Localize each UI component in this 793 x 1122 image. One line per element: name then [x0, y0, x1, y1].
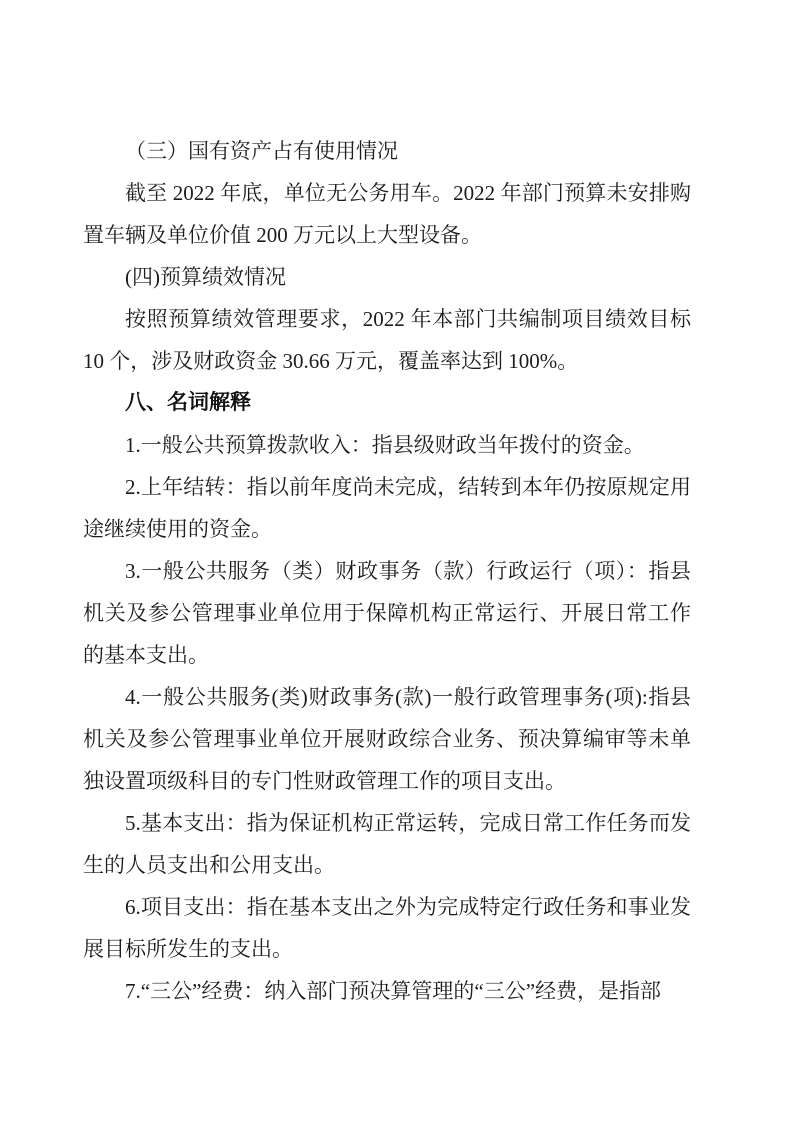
heading-glossary: 八、名词解释: [83, 382, 691, 424]
subheading-budget-performance: (四)预算绩效情况: [83, 256, 691, 298]
glossary-item-1: 1.一般公共预算拨款收入：指县级财政当年拨付的资金。: [83, 424, 691, 466]
glossary-item-2: 2.上年结转：指以前年度尚未完成，结转到本年仍按原规定用途继续使用的资金。: [83, 466, 691, 550]
paragraph-state-assets-usage: 截至 2022 年底，单位无公务用车。2022 年部门预算未安排购置车辆及单位价…: [83, 172, 691, 256]
glossary-item-7: 7.“三公”经费：纳入部门预决算管理的“三公”经费，是指部: [83, 970, 691, 1012]
document-page: （三）国有资产占有使用情况 截至 2022 年底，单位无公务用车。2022 年部…: [0, 0, 793, 1122]
glossary-item-5: 5.基本支出：指为保证机构正常运转，完成日常工作任务而发生的人员支出和公用支出。: [83, 802, 691, 886]
glossary-item-6: 6.项目支出：指在基本支出之外为完成特定行政任务和事业发展目标所发生的支出。: [83, 886, 691, 970]
paragraph-budget-performance: 按照预算绩效管理要求，2022 年本部门共编制项目绩效目标 10 个，涉及财政资…: [83, 298, 691, 382]
document-content: （三）国有资产占有使用情况 截至 2022 年底，单位无公务用车。2022 年部…: [83, 130, 691, 1012]
glossary-item-3: 3.一般公共服务（类）财政事务（款）行政运行（项）：指县机关及参公管理事业单位用…: [83, 550, 691, 676]
subheading-state-assets-usage: （三）国有资产占有使用情况: [83, 130, 691, 172]
glossary-item-4: 4.一般公共服务(类)财政事务(款)一般行政管理事务(项):指县机关及参公管理事…: [83, 676, 691, 802]
